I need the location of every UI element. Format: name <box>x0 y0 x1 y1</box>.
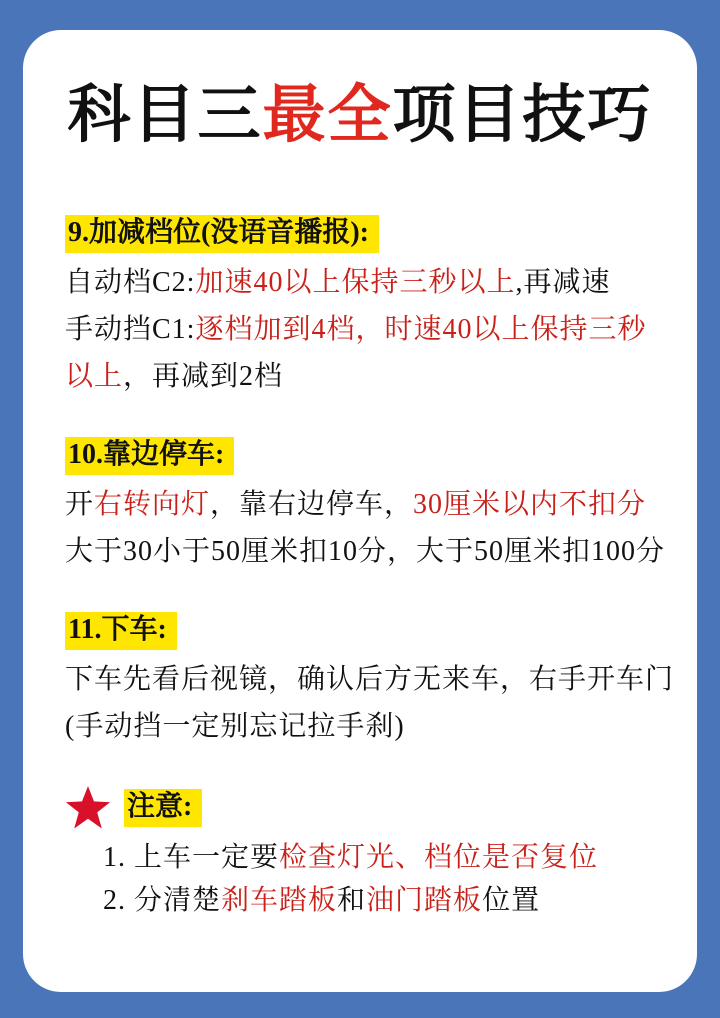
poster-background: 科目三最全项目技巧 9.加减档位(没语音播报): 自动档C2:加速40以上保持三… <box>0 0 720 1018</box>
text-segment: 2. 分清楚 <box>103 885 221 916</box>
text-line: 大于30小于50厘米扣10分，大于50厘米扣100分 <box>65 528 681 575</box>
text-segment-red: 30厘米以内不扣分 <box>413 489 646 520</box>
text-segment: ，再减到2档 <box>123 361 283 392</box>
notice-label: 注意: <box>124 789 202 827</box>
section-header-gear-shifting: 9.加减档位(没语音播报): <box>65 215 379 253</box>
page-title: 科目三最全项目技巧 <box>23 80 697 151</box>
text-segment: 自动档C2: <box>65 267 195 298</box>
red-star-shape <box>66 786 110 828</box>
text-segment: 开 <box>65 489 94 520</box>
poster-card: 科目三最全项目技巧 9.加减档位(没语音播报): 自动档C2:加速40以上保持三… <box>23 30 697 992</box>
text-line: 以上，再减到2档 <box>65 353 681 400</box>
section-gear-shifting: 9.加减档位(没语音播报): 自动档C2:加速40以上保持三秒以上,再减速 手动… <box>65 215 681 400</box>
notice-item: 1. 上车一定要检查灯光、档位是否复位 <box>65 836 681 879</box>
notice-item: 2. 分清楚刹车踏板和油门踏板位置 <box>65 879 681 922</box>
text-segment-red: 加速40以上保持三秒以上 <box>195 267 515 298</box>
text-segment: 下车先看后视镜，确认后方无来车，右手开车门 <box>65 664 674 695</box>
text-segment-red: 右转向灯 <box>94 489 210 520</box>
section-header-row: 9.加减档位(没语音播报): <box>65 215 681 253</box>
text-line: 开右转向灯，靠右边停车，30厘米以内不扣分 <box>65 481 681 528</box>
section-header-row: 10.靠边停车: <box>65 437 681 475</box>
section-header-get-off: 11.下车: <box>65 612 177 650</box>
red-star-icon <box>65 786 111 830</box>
text-line: 自动档C2:加速40以上保持三秒以上,再减速 <box>65 259 681 306</box>
text-segment: 和 <box>337 885 366 916</box>
section-get-off: 11.下车: 下车先看后视镜，确认后方无来车，右手开车门 (手动挡一定别忘记拉手… <box>65 612 681 750</box>
text-segment: 大于30小于50厘米扣10分，大于50厘米扣100分 <box>65 536 665 567</box>
text-line: (手动挡一定别忘记拉手刹) <box>65 703 681 750</box>
poster-content: 9.加减档位(没语音播报): 自动档C2:加速40以上保持三秒以上,再减速 手动… <box>23 215 697 923</box>
text-segment-red: 刹车踏板 <box>221 885 337 916</box>
text-line: 手动挡C1:逐档加到4档，时速40以上保持三秒 <box>65 306 681 353</box>
text-segment-red: 检查灯光、档位是否复位 <box>279 842 598 873</box>
title-part-red: 最全 <box>263 80 393 150</box>
text-segment: 手动挡C1: <box>65 314 195 345</box>
notice-header-row: 注意: <box>65 786 681 830</box>
title-part-black-right: 项目技巧 <box>393 80 653 150</box>
section-header-row: 11.下车: <box>65 612 681 650</box>
notice-section: 注意: 1. 上车一定要检查灯光、档位是否复位 2. 分清楚刹车踏板和油门踏板位… <box>65 786 681 922</box>
text-segment: (手动挡一定别忘记拉手刹) <box>65 711 405 742</box>
text-segment: ,再减速 <box>515 267 610 298</box>
text-segment-red: 逐档加到4档，时速40以上保持三秒 <box>195 314 646 345</box>
section-pull-over: 10.靠边停车: 开右转向灯，靠右边停车，30厘米以内不扣分 大于30小于50厘… <box>65 437 681 575</box>
text-segment-red: 以上 <box>65 361 123 392</box>
text-segment-red: 油门踏板 <box>366 885 482 916</box>
text-segment: 位置 <box>482 885 540 916</box>
text-segment: 1. 上车一定要 <box>103 842 279 873</box>
text-segment: ，靠右边停车， <box>210 489 413 520</box>
section-header-pull-over: 10.靠边停车: <box>65 437 234 475</box>
text-line: 下车先看后视镜，确认后方无来车，右手开车门 <box>65 656 681 703</box>
title-part-black-left: 科目三 <box>68 80 263 150</box>
